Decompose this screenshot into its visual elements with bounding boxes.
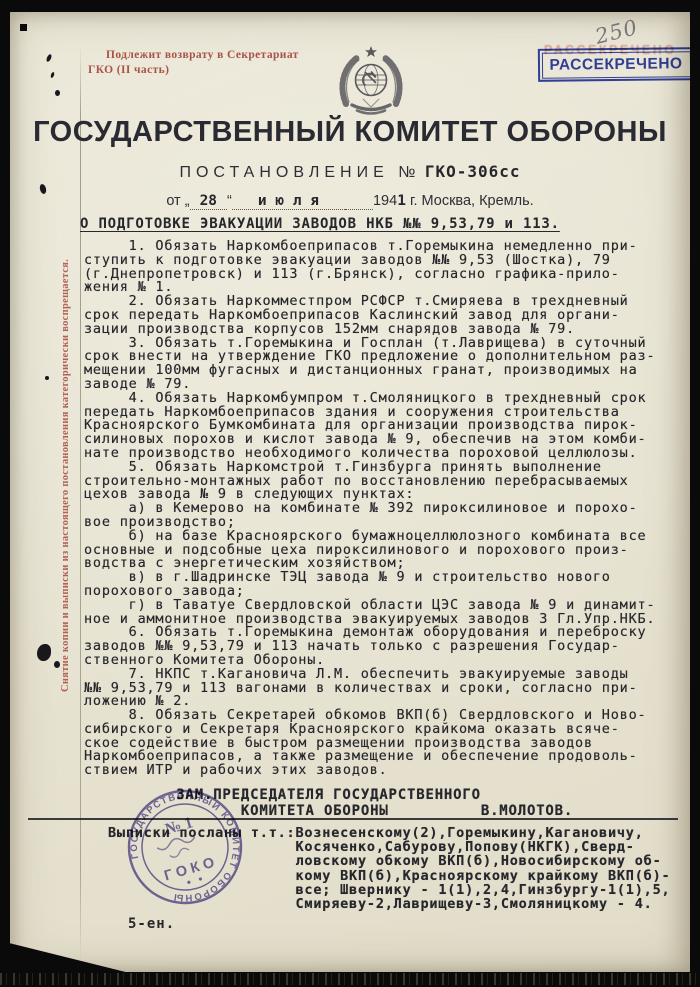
gko-round-stamp: ГОСУДАРСТВЕННЫЙ КОМИТЕТ ОБОРОНЫ № 1 ГОКО xyxy=(110,772,260,922)
ussr-emblem-icon xyxy=(332,44,410,118)
corner-artifact xyxy=(20,24,27,31)
copy-prohibition-warning: Снятие копии и выписки из настоящего пос… xyxy=(60,210,71,692)
date-year-printed: 194 xyxy=(373,193,397,209)
date-month: и ю л я xyxy=(232,193,345,210)
date-day: 28 xyxy=(190,193,227,210)
decree-subject: О ПОДГОТОВКЕ ЭВАКУАЦИИ ЗАВОДОВ НКБ №№ 9,… xyxy=(80,216,560,232)
date-prefix: от „ xyxy=(166,193,189,209)
ink-speck xyxy=(37,644,51,661)
ink-speck xyxy=(45,54,52,63)
return-notice: Подлежит возврату в Секретариат ГКО (II … xyxy=(88,48,299,78)
return-notice-line2: ГКО (II часть) xyxy=(88,63,299,78)
stamp-ring-text: ГОСУДАРСТВЕННЫЙ КОМИТЕТ ОБОРОНЫ xyxy=(116,778,255,917)
date-suffix: г. Москва, Кремль. xyxy=(406,193,534,209)
decree-number-line: ПОСТАНОВЛЕНИЕ № ГКО-306сс xyxy=(10,162,690,182)
return-notice-line1: Подлежит возврату в Секретариат xyxy=(88,48,299,63)
decree-body-text: 1. Обязать Наркомбоеприпасов т.Горемыкин… xyxy=(84,240,655,778)
fold-crease xyxy=(80,45,81,963)
ink-speck xyxy=(45,376,49,380)
decree-type-label: ПОСТАНОВЛЕНИЕ № xyxy=(179,164,420,181)
decree-number: ГКО-306сс xyxy=(425,162,521,181)
date-year-typed: 1 xyxy=(397,193,406,209)
stamp-number: № 1 xyxy=(163,814,195,838)
date-line: от „28“и ю л я1941 г. Москва, Кремль. xyxy=(10,193,690,209)
organization-title: ГОСУДАРСТВЕННЫЙ КОМИТЕТ ОБОРОНЫ xyxy=(10,116,690,149)
ink-speck xyxy=(50,72,55,79)
date-fill xyxy=(345,193,373,210)
stamp-center-text: ГОКО xyxy=(162,854,220,885)
declassified-stamp: РАССЕКРЕЧЕНО xyxy=(538,47,694,82)
svg-text:ГОСУДАРСТВЕННЫЙ КОМИТЕТ ОБОР: ГОСУДАРСТВЕННЫЙ КОМИТЕТ ОБОРОНЫ xyxy=(116,778,255,917)
ink-speck xyxy=(55,90,60,96)
scan-edge-speckle xyxy=(0,973,700,985)
declassified-stamp-label: РАССЕКРЕЧЕНО xyxy=(549,55,682,74)
paper-sheet: Подлежит возврату в Секретариат ГКО (II … xyxy=(10,12,690,972)
scanned-document: Подлежит возврату в Секретариат ГКО (II … xyxy=(0,0,700,987)
